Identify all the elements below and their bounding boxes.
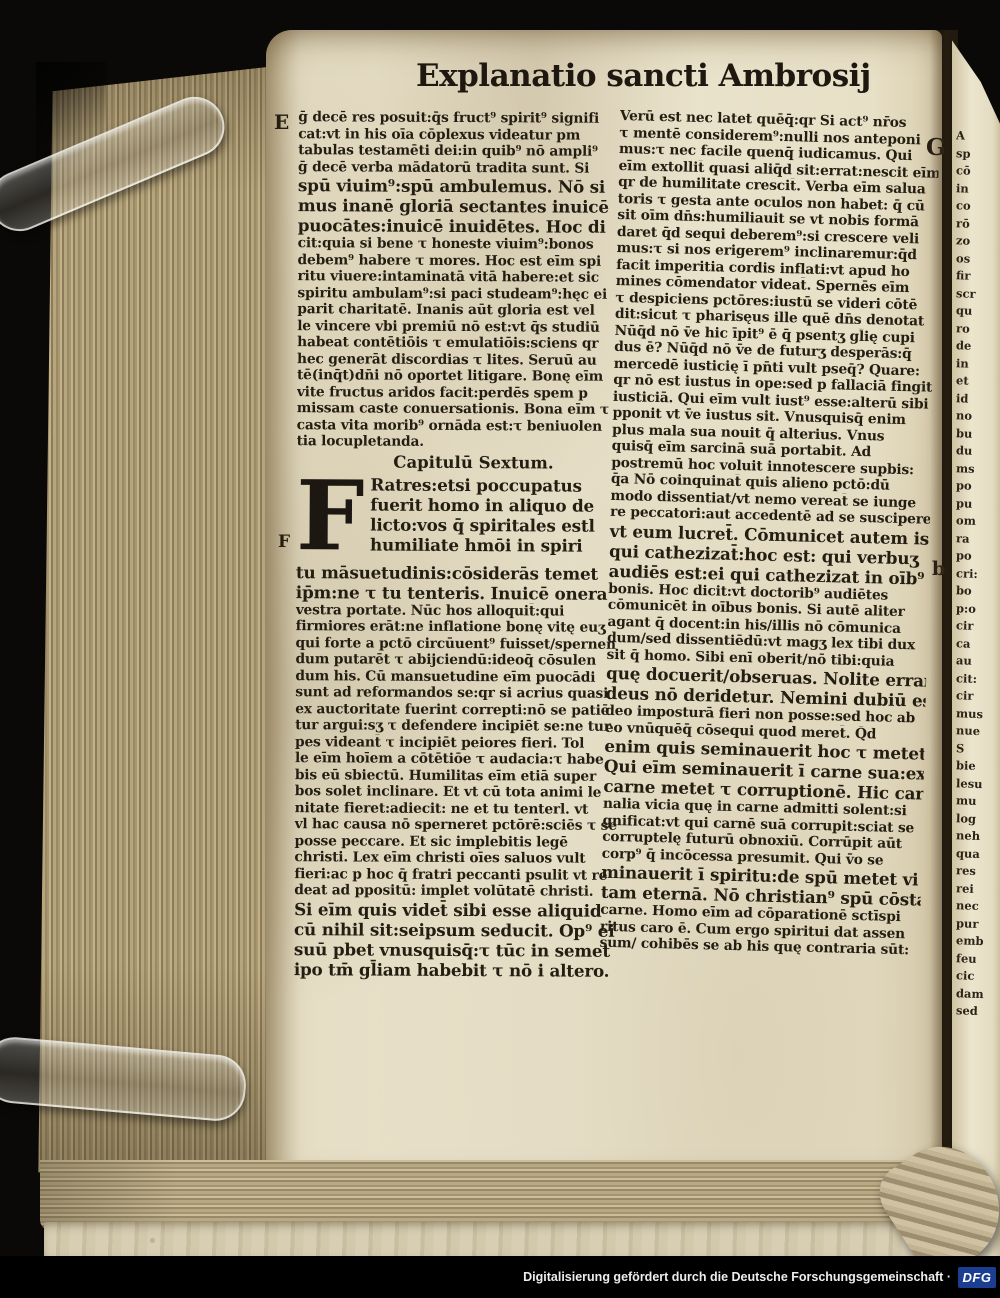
text-line: fieri:ac p hoc q̄ fratri peccanti psulit… [294, 866, 618, 884]
fragment-text: cir [956, 617, 1000, 636]
fragment-text: du [956, 442, 1000, 461]
fragment-text: bie [956, 757, 1000, 776]
text-line: cū nihil sit:seipsum seducit. Op⁹ ei [294, 919, 618, 941]
fragment-text: log [956, 810, 1000, 829]
text-line: missam caste conuersationis. Bona eīm τ [297, 400, 621, 418]
page-title: Explanatio sancti Ambrosij [416, 58, 936, 94]
fragment-text: os [956, 250, 1000, 269]
text-line: casta vita morib⁹ ornāda est:τ beniuolen [297, 417, 621, 435]
text-line: ḡ decē res posuit:q̄s fruct⁹ spirit⁹ sig… [298, 109, 622, 127]
text-column-right: Verū est nec latet quēq̄:qr Si act⁹ nr̄o… [598, 108, 940, 1016]
text-line: tē(inq̄t)dn̄i nō oportet litigare. Bonę … [297, 367, 621, 385]
fragment-text: neh [956, 827, 1000, 846]
fragment-text: cic [956, 967, 1000, 986]
decorated-initial: F [296, 478, 360, 560]
fragment-text: A [956, 127, 1000, 146]
fragment-text: ra [956, 530, 1000, 549]
fragment-text: ro [956, 320, 1000, 339]
text-line: posse peccare. Et sic implebitis legē [294, 833, 618, 851]
text-line: Ratres:etsi poccupatus [370, 474, 620, 495]
fragment-text: dam [956, 985, 1000, 1004]
text-line: tabulas testamēti dei:in quib⁹ nō ampli⁹ [298, 142, 622, 160]
text-line: humiliate hmōi in spiri [370, 534, 620, 555]
fragment-text: po [956, 477, 1000, 496]
text-line: spū viuim⁹:spū ambulemus. Nō si [298, 175, 622, 197]
fragment-text: po [956, 547, 1000, 566]
fragment-text: mus [956, 705, 1000, 724]
fragment-text: nec [956, 897, 1000, 916]
text-line: sunt ad reformandos se:qr si acrius quas… [295, 684, 619, 702]
text-line: hec generāt discordias τ lites. Seruū au [297, 351, 621, 369]
text-line: nitate fieret:adiecit: ne et tu tenterl.… [295, 800, 619, 818]
text-line: dum his. Cū mansuetudine eīm puocādi [295, 668, 619, 686]
text-line: deat ad ppositū: implet volūtatē christi… [294, 882, 618, 900]
fragment-text: no [956, 407, 1000, 426]
text-line: le eīm hoīem a cōtētiōe τ audacia:τ habe [295, 750, 619, 768]
text-line: bis eū sbiectū. Humilitas eīm etiā super [295, 767, 619, 785]
text-line: tur argui:sʒ τ defendere incipiēt se:ne … [295, 717, 619, 735]
fragment-text: qu [956, 302, 1000, 321]
fragment-text: pur [956, 915, 1000, 934]
text-line: puocātes:inuicē inuidētes. Hoc di [298, 215, 622, 237]
text-line: vl hac causa nō sperneret pctōrē:sciēs τ… [295, 816, 619, 834]
fragment-text: zo [956, 232, 1000, 251]
text-line: christi. Lex eīm christi oīes saluos vul… [294, 849, 618, 867]
bottom-page-stack-edge [40, 1160, 964, 1230]
text-line: ex auctoritate fuerint correpti:nō se pa… [295, 701, 619, 719]
text-line: tia locupletanda. [297, 433, 621, 451]
text-line: vite fructus aridos facit:perdēs spem p [297, 384, 621, 402]
text-line: ḡ decē verba mādatorū tradita sunt. Si [298, 159, 622, 177]
fragment-text: S [956, 740, 1000, 759]
text-line: ip̄m:ne τ tu tenteris. Inuicē onera [296, 582, 620, 604]
fragment-text: qua [956, 845, 1000, 864]
paragraph-two: F Ratres:etsi poccupatusfuerit homo in a… [294, 474, 621, 981]
fragment-text: mu [956, 792, 1000, 811]
margin-letter-left-mid: F [278, 532, 290, 552]
fragment-text: emb [956, 932, 1000, 951]
fragment-text: nue [956, 722, 1000, 741]
facing-page-text-fragments: Aspcōincorōzoosfirscrqurodeinetidnobudum… [956, 128, 1000, 1021]
text-line: cit:quia si bene τ honeste viuim⁹:bonos [298, 235, 622, 253]
fragment-text: cir [956, 687, 1000, 706]
facing-page-edge: Aspcōincorōzoosfirscrqurodeinetidnobudum… [952, 0, 1000, 1262]
credit-text: Digitalisierung gefördert durch die Deut… [523, 1270, 951, 1284]
text-line: bos solet inclinare. Et vt cū tota animi… [295, 783, 619, 801]
fragment-text: cri: [956, 565, 1000, 584]
text-column-left: ḡ decē res posuit:q̄s fruct⁹ spirit⁹ sig… [294, 109, 623, 1011]
fragment-text: p:o [956, 600, 1000, 619]
fragment-text: id [956, 390, 1000, 409]
text-line: debem⁹ habere τ mores. Hoc est eīm spi [298, 252, 622, 270]
text-line: vestra portate. Nūc hos alloquit̄:qui [296, 602, 620, 620]
dfg-logo: DFG [958, 1267, 996, 1288]
text-line: qui forte a pctō circūuent⁹ fuisset/sper… [296, 635, 620, 653]
fragment-text: fir [956, 267, 1000, 286]
fragment-text: om [956, 512, 1000, 531]
text-line: tu māsuetudinis:cōsiderās temet [296, 562, 620, 584]
text-line: parit charitatē. Inanis aūt gloria est v… [297, 301, 621, 319]
fragment-text: scr [956, 285, 1000, 304]
fragment-text: bo [956, 582, 1000, 601]
paragraph-one: ḡ decē res posuit:q̄s fruct⁹ spirit⁹ sig… [297, 109, 623, 451]
book-scan-stage: Explanatio sancti Ambrosij E F G b ḡ dec… [0, 0, 1000, 1298]
fragment-text: feu [956, 950, 1000, 969]
text-line: cat:vt in his oīa cōplexus videatur pm [298, 126, 622, 144]
text-line: Si eīm quis videt̄ sibi esse aliquid [294, 899, 618, 921]
text-line: ipo tm̄ gl̄iam habebit τ nō i altero. [294, 959, 618, 981]
fragment-text: rō [956, 215, 1000, 234]
digitization-credit-bar: Digitalisierung gefördert durch die Deut… [0, 1256, 1000, 1298]
text-line: licto:vos q̄ spiritales estl [370, 514, 620, 535]
text-line: fuerit homo in aliquo de [370, 494, 620, 515]
paragraph-two-body: tu māsuetudinis:cōsiderās temetip̄m:ne τ… [294, 562, 620, 981]
fragment-text: cit: [956, 670, 1000, 689]
text-line: le vincere vbi premiū nō est:vt q̄s stud… [297, 318, 621, 336]
fragment-text: rei [956, 880, 1000, 899]
right-column-body: Verū est nec latet quēq̄:qr Si act⁹ nr̄o… [599, 108, 940, 959]
fragment-text: au [956, 652, 1000, 671]
text-line: suū pbet vnusquisq̄:τ tūc in semet [294, 939, 618, 961]
fragment-text: pu [956, 495, 1000, 514]
fragment-text: ms [956, 460, 1000, 479]
fragment-text: lesu [956, 775, 1000, 794]
fragment-text: res [956, 862, 1000, 881]
fragment-text: in [956, 355, 1000, 374]
fragment-text: sp [956, 145, 1000, 164]
fragment-text: cō [956, 162, 1000, 181]
text-line: mus inanē gloriā sectantes inuicē [298, 195, 622, 217]
fragment-text: in [956, 180, 1000, 199]
book-page-recto: Explanatio sancti Ambrosij E F G b ḡ dec… [266, 30, 942, 1170]
fragment-text: de [956, 337, 1000, 356]
book-foreedge-page-stack [36, 62, 272, 1188]
text-line: dum putarēt τ abijciendū:ideoq̄ cōsulen [295, 651, 619, 669]
text-line: firmiores erāt:ne inflatione bonę vitę e… [296, 618, 620, 636]
fragment-text: ca [956, 635, 1000, 654]
fragment-text: bu [956, 425, 1000, 444]
text-line: pes videant̄ τ incipiēt peiores fieri. T… [295, 734, 619, 752]
fragment-text: co [956, 197, 1000, 216]
margin-letter-left-top: E [274, 110, 289, 134]
text-line: spiritu ambulam⁹:si paci studeam⁹:hęc ei [297, 285, 621, 303]
fragment-text: et [956, 372, 1000, 391]
text-line: habeat contētiōis τ emulatiōis:sciens qr [297, 334, 621, 352]
fragment-text: sed [956, 1002, 1000, 1021]
text-line: ritu viuere:intaminatā vitā habere:et si… [297, 268, 621, 286]
